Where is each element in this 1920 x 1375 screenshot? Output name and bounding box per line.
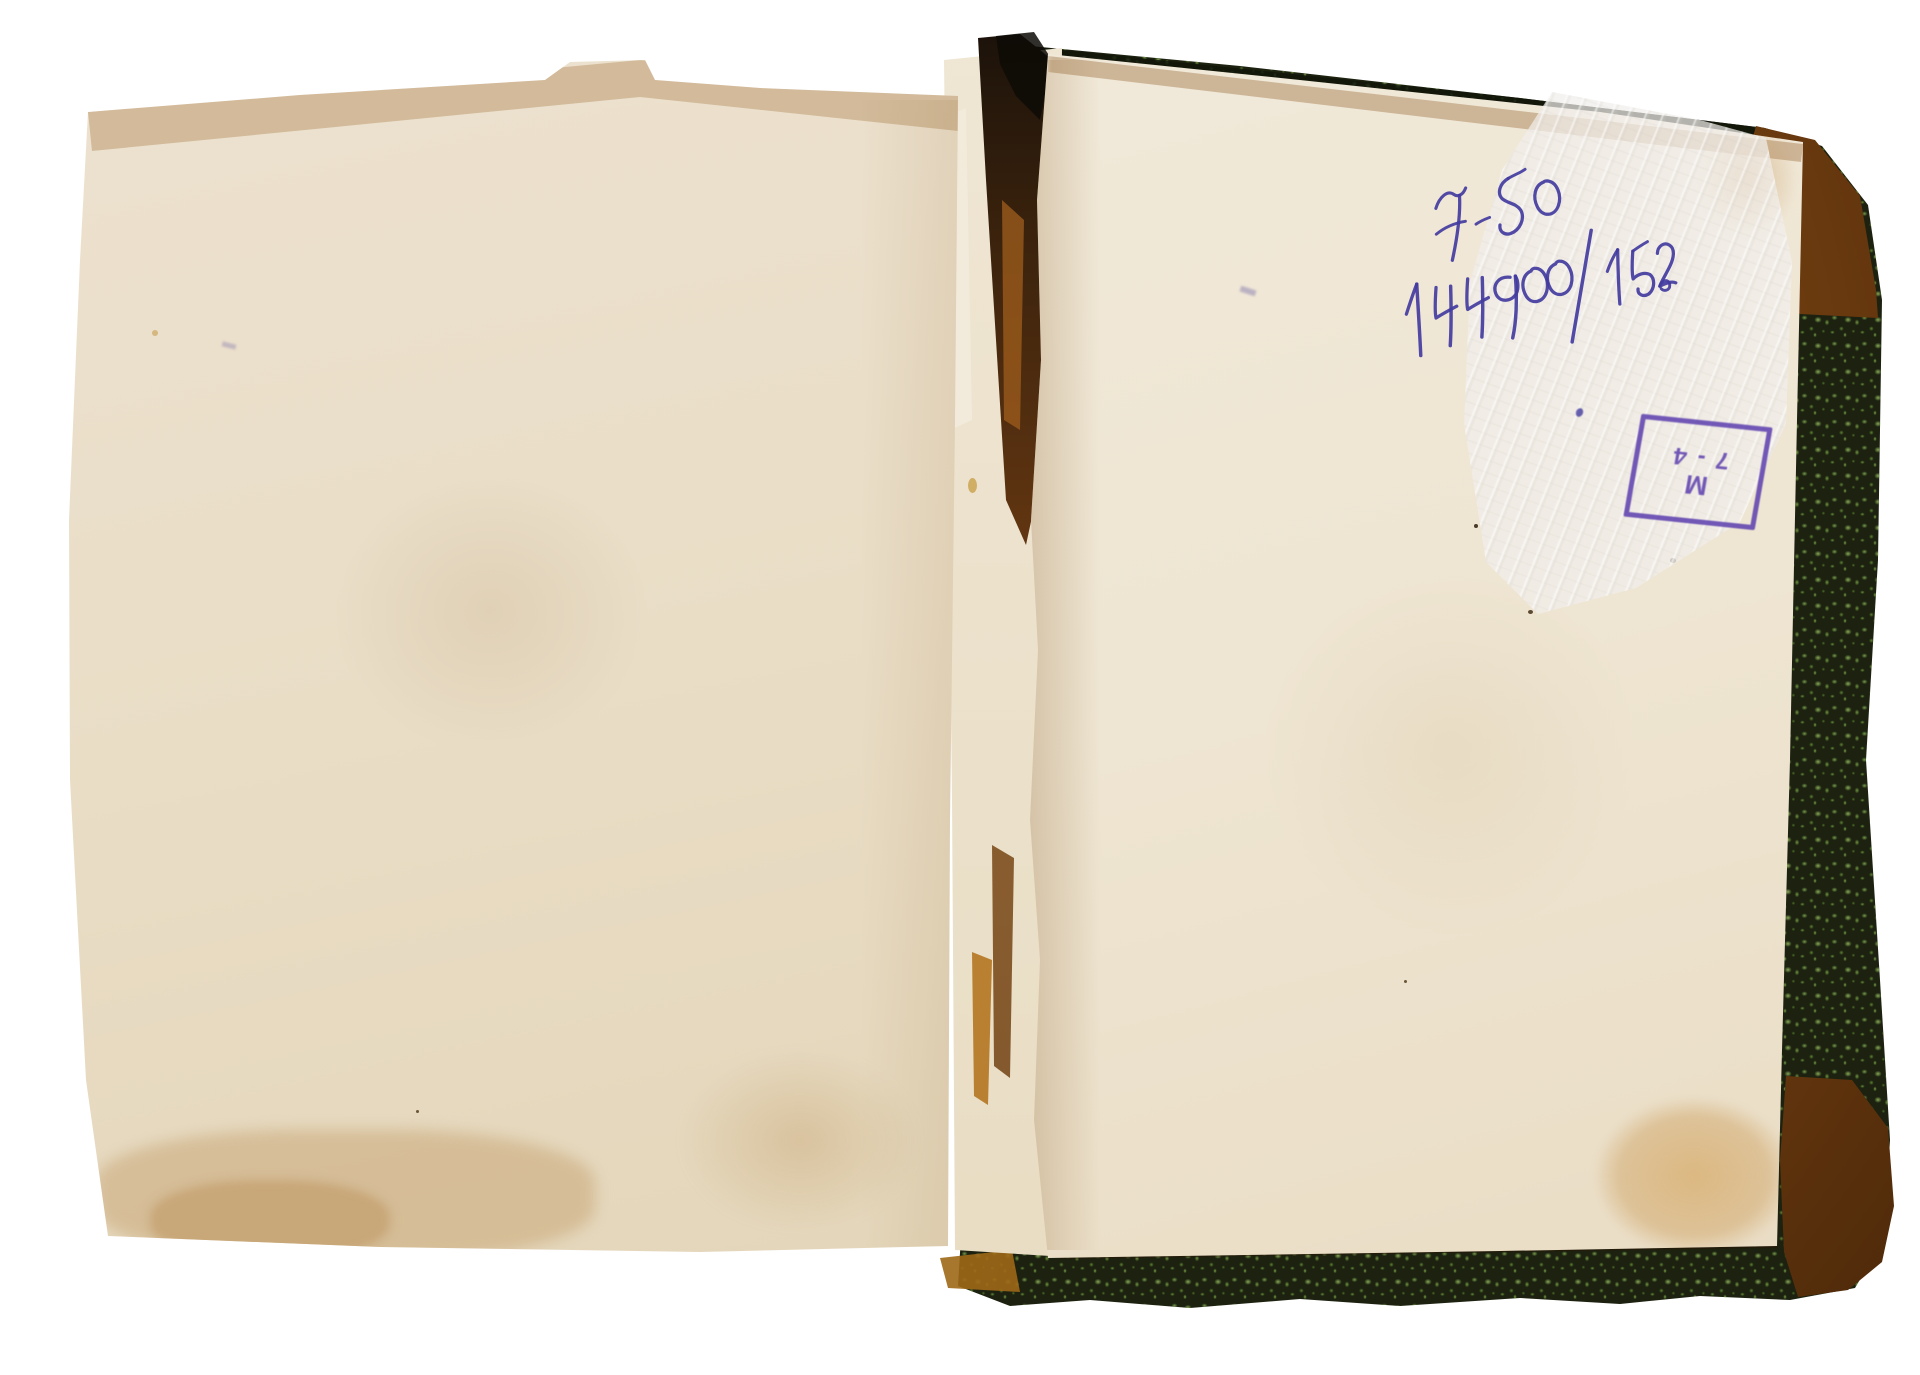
left-page-gutter-stain xyxy=(640,1020,960,1260)
left-page-bottom-stain xyxy=(95,1130,595,1260)
left-page-top-stain xyxy=(60,55,980,155)
left-page-mottling xyxy=(280,420,700,800)
ink-smudge xyxy=(1239,286,1256,297)
ink-smudge xyxy=(222,341,237,349)
book-photo: 7-50 144900/152 xyxy=(0,0,1920,1375)
speck xyxy=(1404,980,1407,983)
paper-fleck xyxy=(968,478,977,493)
right-page-gutter-shading xyxy=(1030,60,1100,1250)
right-page-bottom-stain xyxy=(1588,1092,1800,1260)
speck xyxy=(1474,524,1478,528)
left-page-gutter-shading xyxy=(860,100,960,1250)
speck xyxy=(1528,610,1533,614)
left-page-bottom-stain-dark xyxy=(150,1180,390,1260)
stamp-line2: 7 - 4 xyxy=(1669,443,1731,474)
speck xyxy=(416,1110,419,1113)
stamp-line1: М xyxy=(1682,469,1710,499)
library-stamp: М 7 - 4 xyxy=(1623,414,1772,530)
fox-spot xyxy=(152,330,158,336)
